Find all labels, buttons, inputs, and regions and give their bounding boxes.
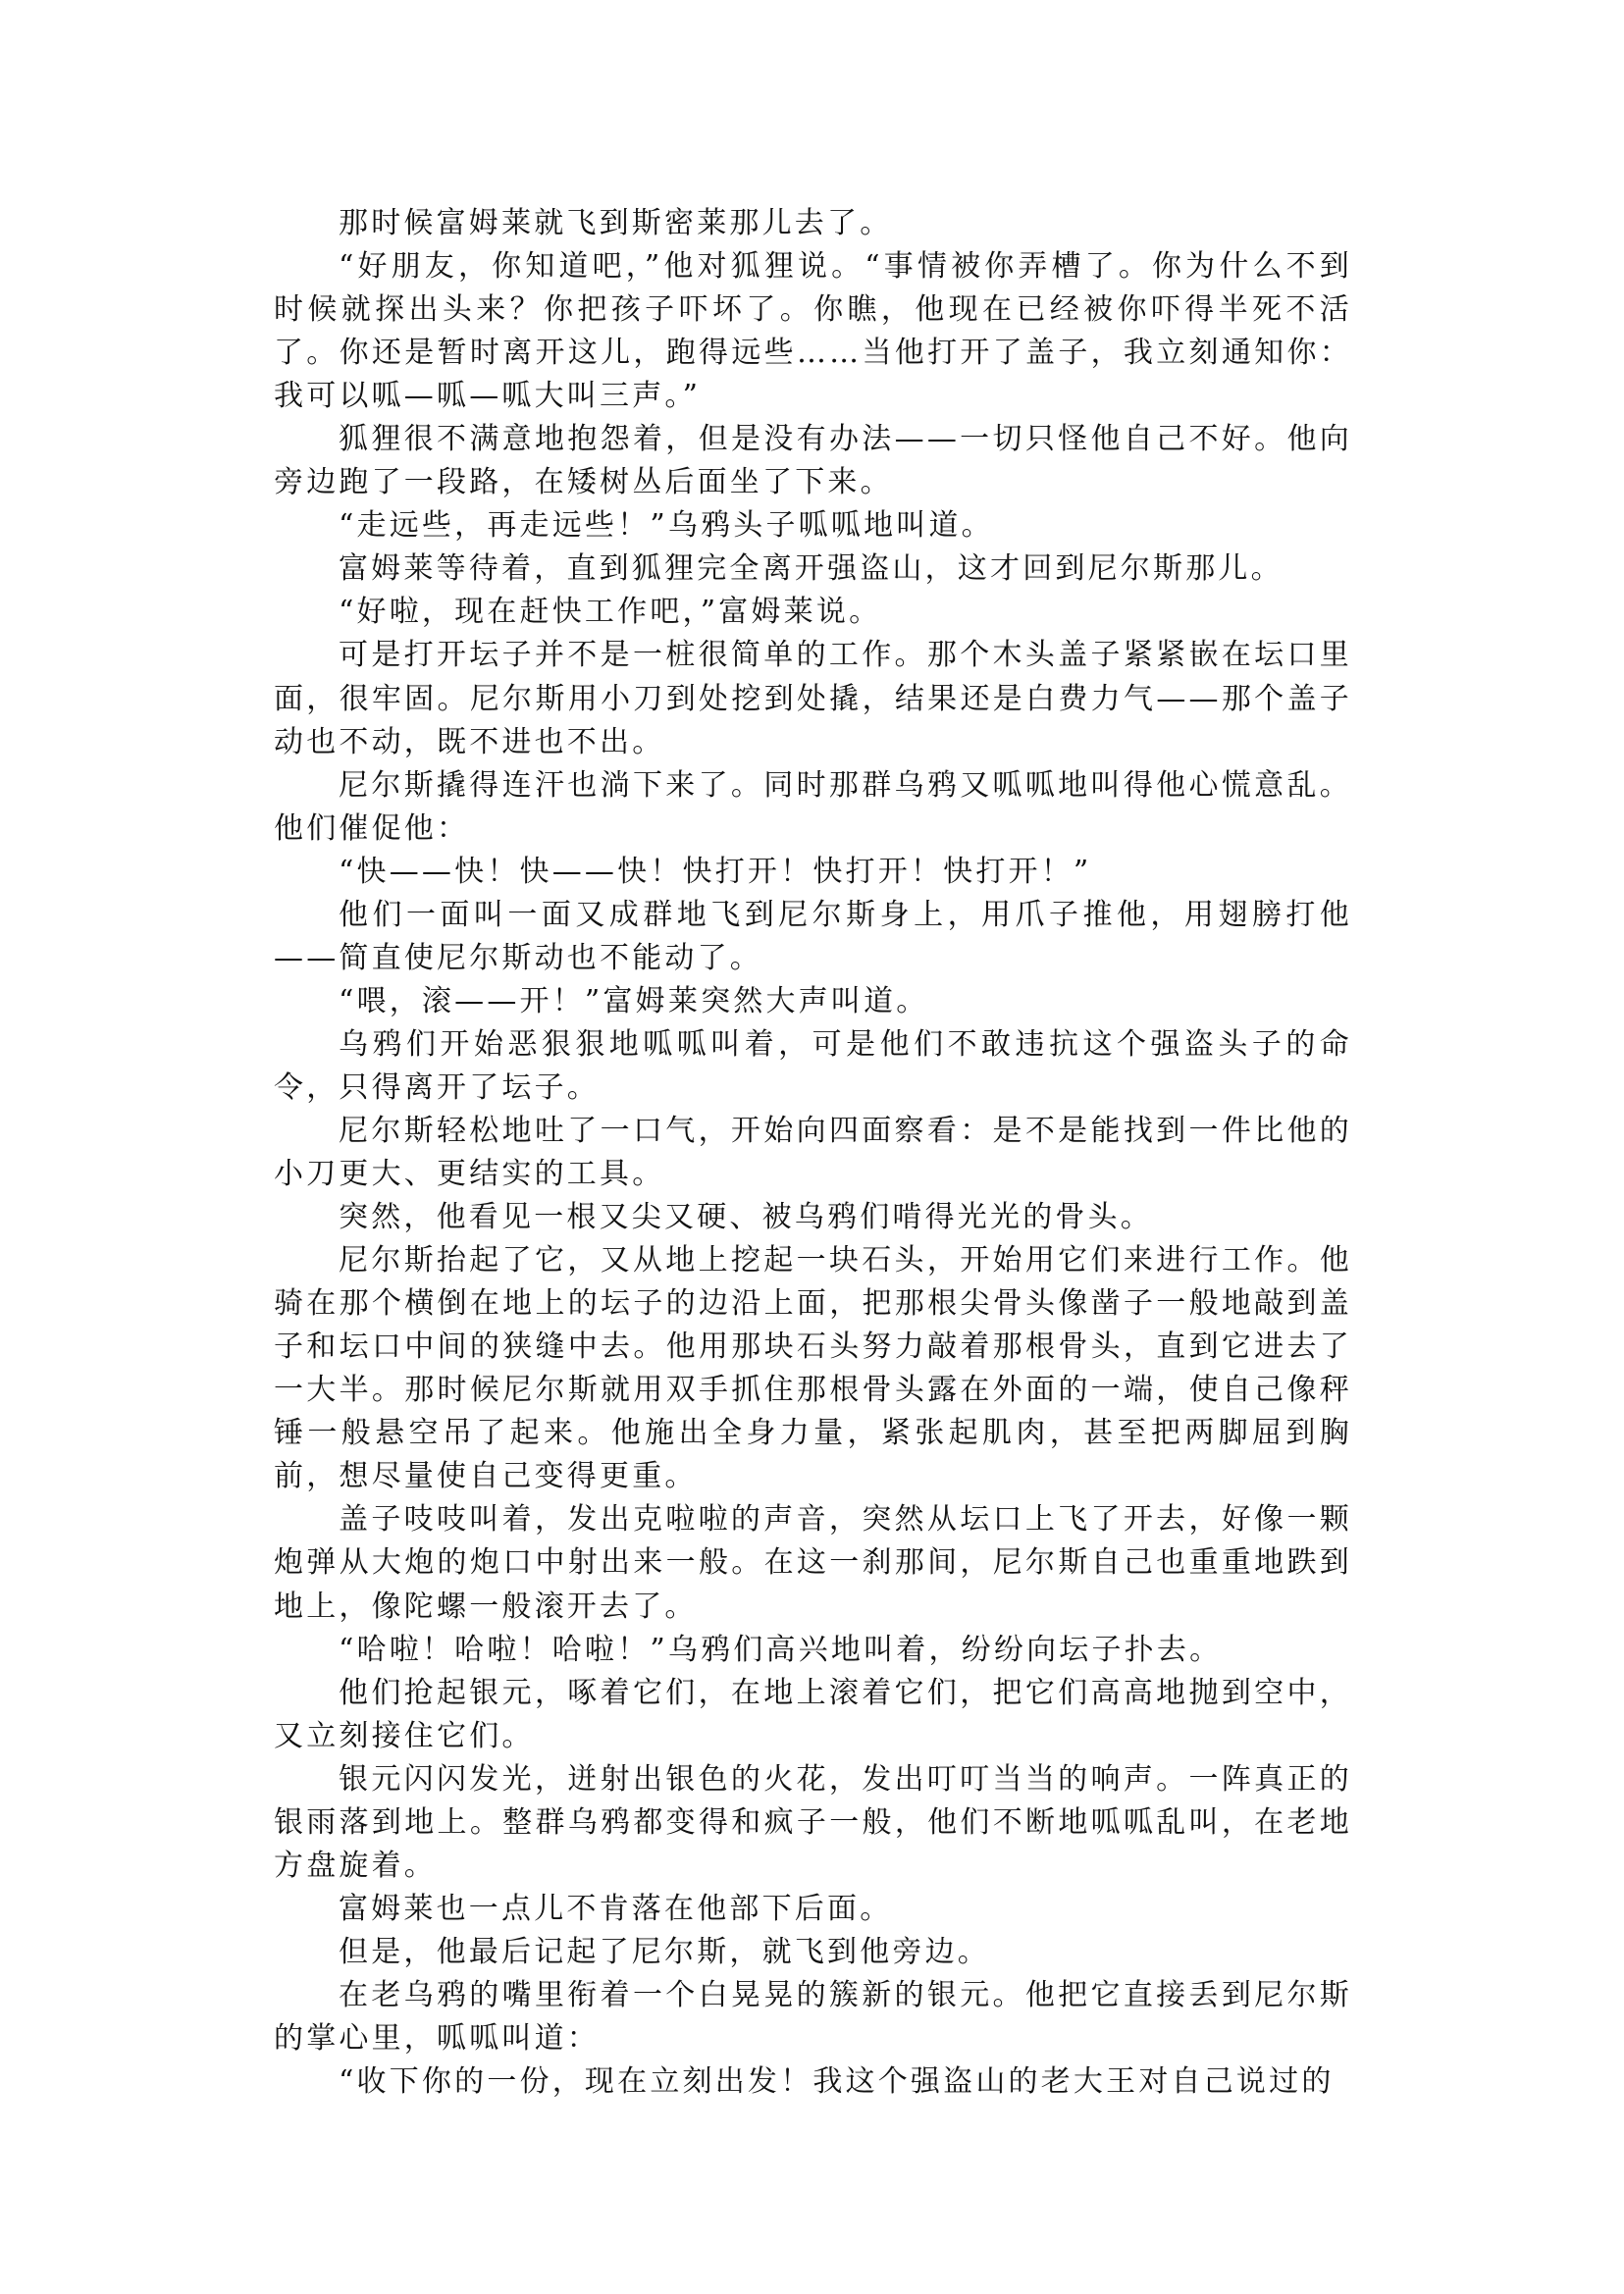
- paragraph: 尼尔斯轻松地吐了一口气，开始向四面察看：是不是能找到一件比他的小刀更大、更结实的…: [274, 1110, 1352, 1196]
- paragraph: 尼尔斯抬起了它，又从地上挖起一块石头，开始用它们来进行工作。他骑在那个横倒在地上…: [274, 1239, 1352, 1498]
- paragraph: 他们一面叫一面又成群地飞到尼尔斯身上，用爪子推他，用翅膀打他——简直使尼尔斯动也…: [274, 894, 1352, 980]
- paragraph: 狐狸很不满意地抱怨着，但是没有办法——一切只怪他自己不好。他向旁边跑了一段路，在…: [274, 418, 1352, 504]
- paragraph: 尼尔斯撬得连汗也淌下来了。同时那群乌鸦又呱呱地叫得他心慌意乱。他们催促他：: [274, 764, 1352, 851]
- paragraph: 在老乌鸦的嘴里衔着一个白晃晃的簇新的银元。他把它直接丢到尼尔斯的掌心里，呱呱叫道…: [274, 1974, 1352, 2060]
- paragraph: “喂，滚——开！”富姆莱突然大声叫道。: [274, 980, 1352, 1023]
- paragraph: 银元闪闪发光，迸射出银色的火花，发出叮叮当当的响声。一阵真正的银雨落到地上。整群…: [274, 1758, 1352, 1888]
- paragraph: “哈啦！哈啦！哈啦！”乌鸦们高兴地叫着，纷纷向坛子扑去。: [274, 1629, 1352, 1672]
- paragraph: “好啦，现在赶快工作吧，”富姆莱说。: [274, 591, 1352, 634]
- paragraph: 可是打开坛子并不是一桩很简单的工作。那个木头盖子紧紧嵌在坛口里面，很牢固。尼尔斯…: [274, 634, 1352, 763]
- paragraph: 富姆莱等待着，直到狐狸完全离开强盗山，这才回到尼尔斯那儿。: [274, 547, 1352, 591]
- paragraph: 突然，他看见一根又尖又硬、被乌鸦们啃得光光的骨头。: [274, 1196, 1352, 1239]
- paragraph: “好朋友，你知道吧，”他对狐狸说。“事情被你弄槽了。你为什么不到时候就探出头来？…: [274, 245, 1352, 418]
- paragraph: 富姆莱也一点儿不肯落在他部下后面。: [274, 1888, 1352, 1931]
- paragraph: 乌鸦们开始恶狠狠地呱呱叫着，可是他们不敢违抗这个强盗头子的命令，只得离开了坛子。: [274, 1023, 1352, 1110]
- paragraph: “走远些，再走远些！”乌鸦头子呱呱地叫道。: [274, 504, 1352, 547]
- paragraph: “收下你的一份，现在立刻出发！我这个强盗山的老大王对自己说过的: [274, 2060, 1352, 2104]
- document-page: 那时候富姆莱就飞到斯密莱那儿去了。 “好朋友，你知道吧，”他对狐狸说。“事情被你…: [274, 202, 1352, 2104]
- paragraph: 他们抢起银元，啄着它们，在地上滚着它们，把它们高高地抛到空中，又立刻接住它们。: [274, 1672, 1352, 1758]
- paragraph: 但是，他最后记起了尼尔斯，就飞到他旁边。: [274, 1931, 1352, 1974]
- paragraph: 那时候富姆莱就飞到斯密莱那儿去了。: [274, 202, 1352, 245]
- paragraph: “快——快！快——快！快打开！快打开！快打开！”: [274, 851, 1352, 894]
- paragraph: 盖子吱吱叫着，发出克啦啦的声音，突然从坛口上飞了开去，好像一颗炮弹从大炮的炮口中…: [274, 1498, 1352, 1628]
